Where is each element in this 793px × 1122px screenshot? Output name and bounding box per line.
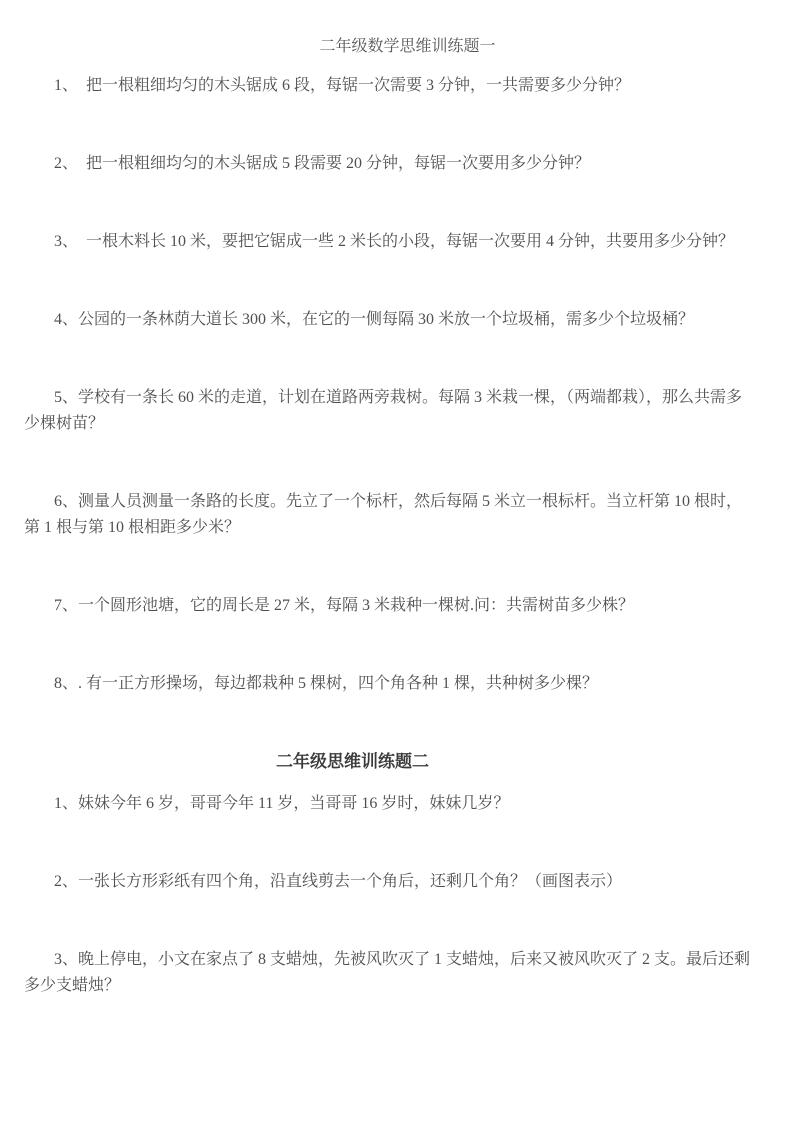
worksheet2-question-3: 3、晚上停电，小文在家点了 8 支蜡烛，先被风吹灭了 1 支蜡烛，后来又被风吹灭… [24, 947, 757, 999]
worksheet1-question-8: 8、. 有一正方形操场，每边都栽种 5 棵树，四个角各种 1 棵，共种树多少棵？ [24, 671, 757, 697]
worksheet1-question-5: 5、学校有一条长 60 米的走道，计划在道路两旁栽树。每隔 3 米栽一棵，（两端… [24, 385, 757, 437]
worksheet2-question-1: 1、妹妹今年 6 岁，哥哥今年 11 岁，当哥哥 16 岁时，妹妹几岁？ [24, 791, 757, 817]
worksheet1-title: 二年级数学思维训练题一 [41, 34, 774, 60]
worksheet2-title: 二年级思维训练题二 [0, 749, 719, 775]
worksheet2-question-2: 2、一张长方形彩纸有四个角，沿直线剪去一个角后，还剩几个角？（画图表示） [24, 869, 757, 895]
worksheet1-question-7: 7、一个圆形池塘，它的周长是 27 米，每隔 3 米栽种一棵树.问：共需树苗多少… [24, 593, 757, 619]
worksheet1-question-1: 1、 把一根粗细均匀的木头锯成 6 段，每锯一次需要 3 分钟，一共需要多少分钟… [24, 73, 757, 99]
worksheet1-question-3: 3、 一根木料长 10 米，要把它锯成一些 2 米长的小段，每锯一次要用 4 分… [24, 229, 757, 255]
document-page: 二年级数学思维训练题一 1、 把一根粗细均匀的木头锯成 6 段，每锯一次需要 3… [0, 0, 793, 1122]
worksheet1-question-6: 6、测量人员测量一条路的长度。先立了一个标杆，然后每隔 5 米立一根标杆。当立杆… [24, 489, 757, 541]
worksheet1-question-4: 4、公园的一条林荫大道长 300 米，在它的一侧每隔 30 米放一个垃圾桶，需多… [24, 307, 757, 333]
worksheet1-question-2: 2、 把一根粗细均匀的木头锯成 5 段需要 20 分钟，每锯一次要用多少分钟？ [24, 151, 757, 177]
